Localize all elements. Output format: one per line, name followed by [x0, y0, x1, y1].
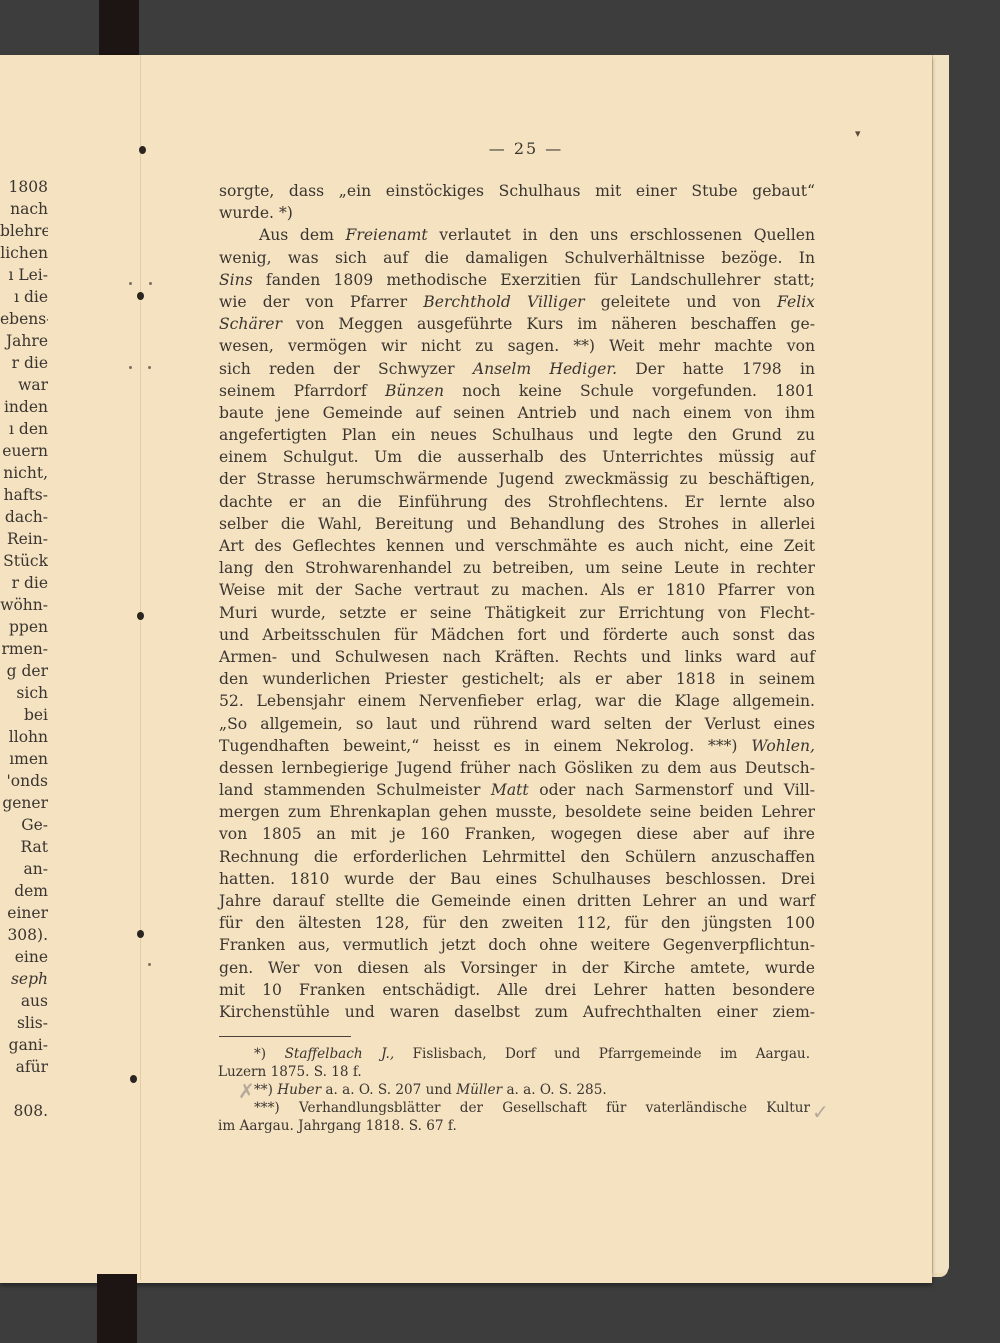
text-line: von 1805 an mit je 160 Franken, wogegen …: [219, 823, 815, 845]
text-line: baute jene Gemeinde auf seinen Antrieb u…: [219, 402, 815, 424]
text-line: Ge-: [0, 814, 48, 836]
text-line: einer: [0, 902, 48, 924]
emphasized-name: Felix: [777, 293, 815, 311]
footnote-text: Fislisbach, Dorf und Pfarrgemeinde im Aa…: [413, 1046, 810, 1062]
binding-tab-bottom: [97, 1274, 137, 1343]
text-line: 808.: [0, 1100, 48, 1122]
text-line: gener: [0, 792, 48, 814]
text-line: mergen zum Ehrenkaplan gehen musste, bes…: [219, 801, 815, 823]
text-line: Sins fanden 1809 methodische Exerzitien …: [219, 269, 815, 291]
text-line: gen. Wer von diesen als Vorsinger in der…: [219, 957, 815, 979]
text-line: wenig, was sich auf die damaligen Schulv…: [219, 247, 815, 269]
text-line: slis-: [0, 1012, 48, 1034]
margin-speck: [129, 366, 132, 369]
footnote-2: **) Huber a. a. O. S. 207 und Müller a. …: [218, 1081, 810, 1099]
text-line: den wunderlichen Priester gestichelt; al…: [219, 668, 815, 690]
text-line: der Strasse herumschwärmende Jugend zwec…: [219, 468, 815, 490]
text-line: land stammenden Schulmeister Matt oder n…: [219, 779, 815, 801]
text-line: r die: [0, 572, 48, 594]
text-line: nach: [0, 198, 48, 220]
text-line: ı die: [0, 286, 48, 308]
footnote-3: ***) Verhandlungsblätter der Gesellschaf…: [218, 1099, 810, 1117]
text-line: blehre: [0, 220, 48, 242]
text-line: Tugendhaften beweint,“ heisst es in eine…: [219, 735, 815, 757]
text-line: 1808: [0, 176, 48, 198]
page-edge: [932, 55, 949, 1273]
text-line: llohn: [0, 726, 48, 748]
emphasized-name: Bünzen: [385, 382, 444, 400]
emphasized-name: Wohlen,: [751, 737, 815, 755]
text-line: Weise mit der Sache vertraut zu machen. …: [219, 579, 815, 601]
footnote-1: *) Staffelbach J., Fislisbach, Dorf und …: [218, 1045, 810, 1063]
footnote-3-continuation: im Aargau. Jahrgang 1818. S. 67 f.: [218, 1117, 810, 1135]
margin-speck: [149, 282, 152, 285]
text-line: Schärer von Meggen ausgeführte Kurs im n…: [219, 313, 815, 335]
text-line: seinem Pfarrdorf Bünzen noch keine Schul…: [219, 380, 815, 402]
text-line: Rein-: [0, 528, 48, 550]
text-line: ppen: [0, 616, 48, 638]
text-line: Rechnung die erforderlichen Lehrmittel d…: [219, 846, 815, 868]
page-number: — 25 —: [466, 139, 586, 158]
margin-speck: [129, 282, 132, 285]
text-line: wöhn-: [0, 594, 48, 616]
text-line: Kirchenstühle und waren daselbst zum Auf…: [219, 1001, 815, 1023]
text-line: Armen- und Schulwesen nach Kräften. Rech…: [219, 646, 815, 668]
text-line: ımen: [0, 748, 48, 770]
text-line: Jahre: [0, 330, 48, 352]
footnote-1-continuation: Luzern 1875. S. 18 f.: [218, 1063, 810, 1081]
text-line: afür: [0, 1056, 48, 1078]
gutter-line: [140, 55, 141, 1280]
emphasized-name: Schärer: [219, 315, 282, 333]
text-line: Jahre darauf stellte die Gemeinde einen …: [219, 890, 815, 912]
body-text: sorgte, dass „ein einstöckiges Schulhaus…: [219, 180, 815, 1023]
text-line: dessen lernbegierige Jugend früher nach …: [219, 757, 815, 779]
text-line: dachte er an die Einführung des Strohfle…: [219, 491, 815, 513]
text-line: Rat: [0, 836, 48, 858]
text-line: r die: [0, 352, 48, 374]
text-line: 308).: [0, 924, 48, 946]
text-line: bei: [0, 704, 48, 726]
text-line: Stück: [0, 550, 48, 572]
text-line: und Arbeitsschulen für Mädchen fort und …: [219, 624, 815, 646]
text-line: 52. Lebensjahr einem Nervenfieber erlag,…: [219, 690, 815, 712]
margin-speck: [148, 366, 151, 369]
binding-hole: [130, 1075, 137, 1083]
text-line: seph: [0, 968, 48, 990]
text-line: lichen: [0, 242, 48, 264]
footnote-author: Staffelbach J.,: [285, 1046, 395, 1062]
emphasized-name: Berchthold Villiger: [423, 293, 584, 311]
text-line: sich reden der Schwyzer Anselm Hediger. …: [219, 358, 815, 380]
pencil-check-icon: ✓: [812, 1100, 829, 1124]
footnote-text: Verhandlungsblätter der Gesellschaft für…: [299, 1100, 810, 1116]
text-line: wurde. *): [219, 202, 815, 224]
footnotes: *) Staffelbach J., Fislisbach, Dorf und …: [218, 1045, 810, 1135]
binding-hole: [139, 146, 146, 154]
text-line: eine: [0, 946, 48, 968]
text-line: lang den Strohwarenhandel zu betreiben, …: [219, 557, 815, 579]
text-line: an-: [0, 858, 48, 880]
text-line: Muri wurde, setzte er seine Thätigkeit z…: [219, 602, 815, 624]
text-line: inden: [0, 396, 48, 418]
text-line: Franken aus, vermutlich jetzt doch ohne …: [219, 934, 815, 956]
emphasized-name: Freienamt: [346, 226, 428, 244]
footnote-author: Müller: [456, 1082, 502, 1098]
binding-hole: [137, 292, 144, 300]
text-line: dem: [0, 880, 48, 902]
emphasized-name: Sins: [219, 271, 253, 289]
text-line: hafts-: [0, 484, 48, 506]
footnote-marker: **): [254, 1082, 273, 1098]
emphasized-name: Anselm Hediger.: [473, 360, 617, 378]
text-line: ebens-: [0, 308, 48, 330]
text-line: hatten. 1810 wurde der Bau eines Schulha…: [219, 868, 815, 890]
footnote-marker: ***): [254, 1100, 280, 1116]
text-line: nicht,: [0, 462, 48, 484]
text-line: angefertigten Plan ein neues Schulhaus u…: [219, 424, 815, 446]
text-line: 'onds: [0, 770, 48, 792]
pencil-mark-icon: ✗: [238, 1079, 255, 1103]
corner-mark: ▾: [855, 127, 861, 140]
text-line: „So allgemein, so laut und rührend ward …: [219, 713, 815, 735]
text-line: dach-: [0, 506, 48, 528]
text-line: einem Schulgut. Um die ausserhalb des Un…: [219, 446, 815, 468]
text-line: sich: [0, 682, 48, 704]
text-line: aus: [0, 990, 48, 1012]
text-line: Art des Geflechtes kennen und verschmäht…: [219, 535, 815, 557]
footnote-rule: [219, 1036, 351, 1037]
footnote-text: a. a. O. S. 285.: [506, 1082, 606, 1098]
footnote-text: a. a. O. S. 207 und: [325, 1082, 451, 1098]
text-line: g der: [0, 660, 48, 682]
footnote-author: Huber: [277, 1082, 321, 1098]
text-line: mit 10 Franken entschädigt. Alle drei Le…: [219, 979, 815, 1001]
text-line: sorgte, dass „ein einstöckiges Schulhaus…: [219, 180, 815, 202]
text-line: für den ältesten 128, für den zweiten 11…: [219, 912, 815, 934]
footnote-marker: *): [254, 1046, 266, 1062]
text-line: war: [0, 374, 48, 396]
text-line: rmen-: [0, 638, 48, 660]
text-line: wesen, vermögen wir nicht zu sagen. **) …: [219, 335, 815, 357]
left-page-fragment: 1808 nach blehre lichen ı Lei- ı die ebe…: [0, 176, 48, 1122]
binding-hole: [137, 930, 144, 938]
binding-tab-top: [99, 0, 139, 56]
text-line: Aus dem Freienamt verlautet in den uns e…: [219, 224, 815, 246]
text-line: wie der von Pfarrer Berchthold Villiger …: [219, 291, 815, 313]
text-line: selber die Wahl, Bereitung und Behandlun…: [219, 513, 815, 535]
emphasized-name: Matt: [491, 781, 529, 799]
text-line: ı den: [0, 418, 48, 440]
margin-speck: [148, 963, 151, 966]
text-line: ı Lei-: [0, 264, 48, 286]
binding-hole: [137, 612, 144, 620]
text-line: gani-: [0, 1034, 48, 1056]
text-line: euern: [0, 440, 48, 462]
